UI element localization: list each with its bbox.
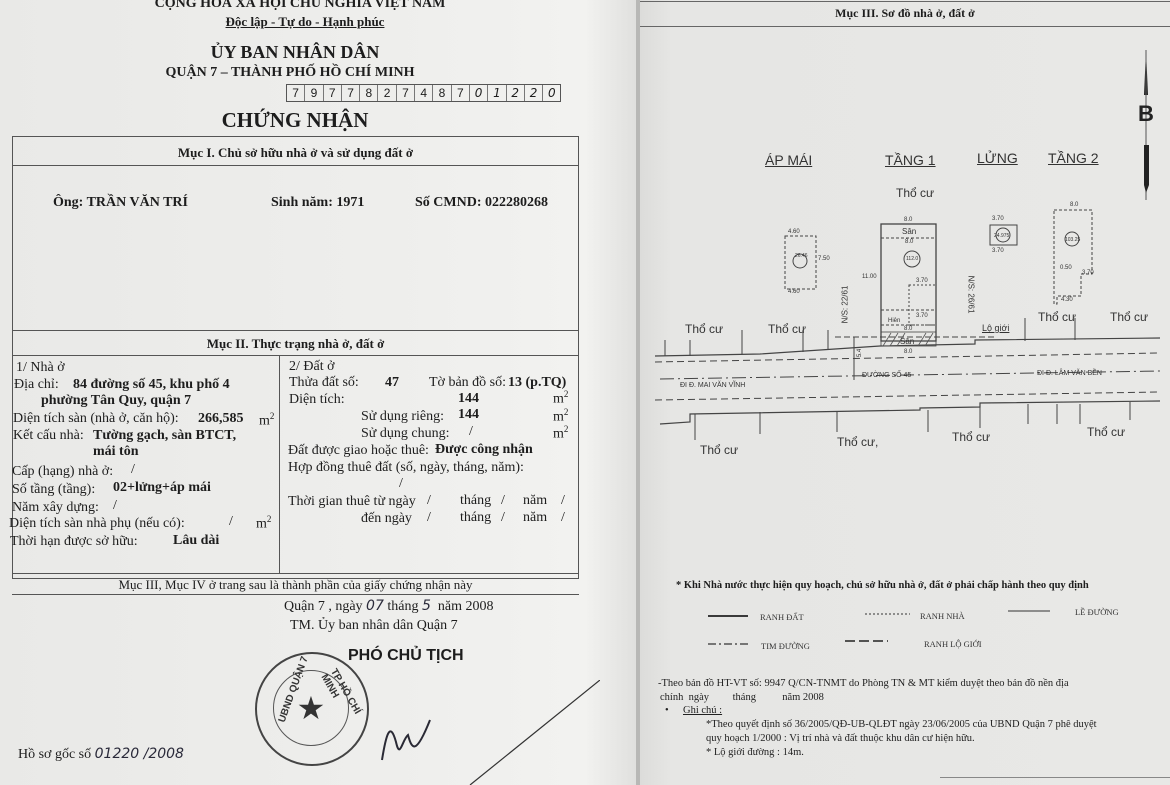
- divider: [13, 355, 578, 356]
- serial-digit: 7: [342, 85, 360, 101]
- tang1-wc-dim: 3.70: [916, 313, 928, 319]
- lease-to-year-label: năm: [523, 510, 547, 526]
- tang1-front-dim: 8.0: [904, 326, 912, 332]
- floor-area-unit: m2: [259, 411, 274, 430]
- serial-digit: 2: [378, 85, 396, 101]
- lease-to-label: đến ngày: [361, 511, 412, 527]
- signatory-position: PHÓ CHỦ TỊCH: [348, 647, 464, 665]
- lung-area: 24.975: [994, 233, 1009, 239]
- shared-use-unit: m2: [553, 424, 568, 443]
- map-reference-line-1: -Theo bản đồ HT-VT số: 9947 Q/CN-TNMT do…: [658, 678, 1069, 689]
- tang2-gap-dim: 0.50: [1060, 265, 1072, 271]
- floors-label: Số tầng (tầng):: [12, 482, 95, 498]
- legend-tim-duong: TIM ĐƯỜNG: [761, 641, 810, 651]
- remark-1-line-2: quy hoạch 1/2000 : Vị trí nhà và đất thu…: [706, 733, 975, 744]
- signing-place-date: Quận 7 , ngày 07 tháng 5 năm 2008: [284, 598, 494, 615]
- tang1-road-width-dim: 8.0: [904, 349, 912, 355]
- signing-day: 07: [366, 598, 384, 614]
- lung-top-dim: 3.70: [992, 216, 1004, 222]
- aux-area-value: /: [229, 514, 233, 530]
- map-reference-line-2: chính ngày tháng năm 2008: [660, 692, 824, 703]
- serial-digit-handwritten: 0: [470, 85, 488, 101]
- legend-ranh-nha: RANH NHÀ: [920, 611, 965, 621]
- lease-from-month: /: [501, 493, 505, 509]
- serial-digit-handwritten: 2: [507, 85, 525, 101]
- road-name: ĐƯỜNG SỐ 45: [862, 372, 911, 379]
- lease-from-month-label: tháng: [460, 493, 491, 509]
- legend-ranh-dat: RANH ĐẤT: [760, 612, 804, 622]
- certificate-back-page: Mục III. Sơ đồ nhà ở, đất ở B ÁP MÁI TẦN…: [640, 0, 1170, 785]
- serial-digit-handwritten: 0: [543, 85, 560, 101]
- authority-heading: ỦY BAN NHÂN DÂN: [170, 42, 420, 63]
- floor-area-value: 266,585: [198, 411, 244, 427]
- tang1-area: 112.0: [906, 256, 918, 262]
- neighbor-label: Thổ cư,: [837, 435, 878, 449]
- serial-digit: 8: [433, 85, 451, 101]
- divider: [940, 777, 1170, 778]
- serial-digit: 8: [360, 85, 378, 101]
- house-heading: 1/ Nhà ở: [16, 360, 65, 376]
- ap-mai-top-dim: 4.60: [788, 229, 800, 235]
- shared-use-value: /: [469, 424, 473, 440]
- owner-name: Ông: TRẦN VĂN TRÍ: [53, 195, 188, 211]
- serial-digit: 7: [452, 85, 470, 101]
- lease-to-year: /: [561, 510, 565, 526]
- lot-id-right: N/S: 26/61: [966, 276, 975, 314]
- tang1-depth-dim: 11.00: [862, 274, 877, 280]
- lease-from-day: /: [427, 493, 431, 509]
- legend-ranh-lo-gioi: RANH LỘ GIỚI: [924, 639, 982, 649]
- aux-area-unit: m2: [256, 514, 271, 533]
- legend-le-duong: LỀ ĐƯỜNG: [1075, 607, 1119, 617]
- neighbor-label: Thổ cư: [1038, 310, 1076, 324]
- allocation-label: Đất được giao hoặc thuê:: [288, 443, 429, 459]
- lease-from-label: Thời gian thuê từ ngày: [288, 494, 416, 510]
- divider: [13, 330, 578, 331]
- ownership-term-value: Lâu dài: [173, 533, 219, 549]
- land-area-value: 144: [458, 391, 479, 407]
- tang1-stair-dim: 3.70: [916, 278, 928, 284]
- tang2-top-dim: 8.0: [1070, 202, 1078, 208]
- grade-label: Cấp (hạng) nhà ở:: [12, 464, 113, 480]
- divider: [13, 165, 578, 166]
- tang1-san-bottom: Sân: [900, 337, 914, 346]
- republic-heading: CỘNG HOÀ XÃ HỘI CHỦ NGHĨA VIỆT NAM: [150, 0, 450, 12]
- owner-id-number: Số CMND: 022280268: [415, 195, 548, 211]
- lease-to-month-label: tháng: [460, 510, 491, 526]
- lease-from-year: /: [561, 493, 565, 509]
- plot-label: Thửa đất số:: [289, 375, 359, 391]
- serial-digit-handwritten: 2: [525, 85, 543, 101]
- floors-value: 02+lửng+áp mái: [113, 480, 211, 496]
- lease-to-day: /: [427, 510, 431, 526]
- bullet-icon: •: [665, 705, 669, 716]
- certificate-serial-number: 7 9 7 7 8 2 7 4 8 7 0 1 2 2 0: [286, 84, 561, 102]
- shared-use-label: Sử dụng chung:: [361, 426, 449, 442]
- district-heading: QUẬN 7 – THÀNH PHỐ HỒ CHÍ MINH: [140, 65, 440, 81]
- private-use-value: 144: [458, 407, 479, 423]
- address-line-2: phường Tân Quy, quận 7: [41, 393, 191, 409]
- section-1-title: Mục I. Chủ sở hữu nhà ở và sử dụng đất ở: [13, 145, 578, 161]
- lease-to-month: /: [501, 510, 505, 526]
- owner-birth-year: Sinh năm: 1971: [271, 195, 364, 211]
- site-plan-drawing: [640, 0, 1170, 560]
- tang1-top-dim: 8.0: [904, 217, 912, 223]
- aux-area-label: Diện tích sàn nhà phụ (nếu có):: [9, 516, 185, 532]
- serial-digit: 7: [287, 85, 305, 101]
- file-number-value: 01220 /2008: [95, 746, 184, 762]
- lease-contract-value: /: [399, 476, 403, 492]
- tang1-inner-dim: 8.0: [905, 239, 913, 245]
- tang2-area: 103.25: [1065, 237, 1080, 243]
- serial-digit-handwritten: 1: [488, 85, 506, 101]
- neighbor-label: Thổ cư: [700, 443, 738, 457]
- divider: [13, 573, 578, 574]
- road-direction-right: ĐI Đ. LÂM VĂN BỀN: [1037, 370, 1102, 377]
- neighbor-label: Thổ cư: [768, 322, 806, 336]
- certificate-form-frame: Mục I. Chủ sở hữu nhà ở và sử dụng đất ở…: [12, 136, 579, 579]
- setback-dim: 5.4: [857, 349, 863, 357]
- signature: [360, 680, 600, 785]
- lung-bottom-dim: 3.70: [992, 248, 1004, 254]
- ap-mai-area: 26.46: [795, 253, 808, 259]
- signing-month: 5: [422, 598, 431, 614]
- serial-digit: 7: [324, 85, 342, 101]
- allocation-value: Được công nhận: [435, 442, 533, 458]
- official-seal: ★ UBND QUẬN 7 TP HỒ CHÍ MINH: [255, 652, 369, 766]
- file-number: Hồ sơ gốc số 01220 /2008: [18, 746, 184, 763]
- tang2-bottom-dim: 4.30: [1061, 297, 1073, 303]
- road-direction-left: ĐI Đ. MAI VĂN VĨNH: [680, 382, 745, 389]
- on-behalf-of: TM. Ủy ban nhân dân Quận 7: [290, 618, 458, 634]
- neighbor-label: Thổ cư: [685, 322, 723, 336]
- section-2-title: Mục II. Thực trạng nhà ở, đất ở: [13, 336, 578, 352]
- address-label: Địa chỉ:: [14, 377, 59, 393]
- remark-1-line-1: *Theo quyết định số 36/2005/QĐ-UB-QLĐT n…: [706, 719, 1097, 730]
- remarks-heading: Ghi chú :: [683, 705, 722, 716]
- structure-line-2: mái tôn: [93, 444, 139, 460]
- year-built-value: /: [113, 498, 117, 514]
- land-area-label: Diện tích:: [289, 392, 345, 408]
- structure-line-1: Tường gạch, sàn BTCT,: [93, 428, 236, 444]
- land-heading: 2/ Đất ở: [289, 359, 335, 375]
- lease-from-year-label: năm: [523, 493, 547, 509]
- neighbor-label: Thổ cư: [1110, 310, 1148, 324]
- land-area-unit: m2: [553, 389, 568, 408]
- serial-digit: 4: [415, 85, 433, 101]
- national-motto: Độc lập - Tự do - Hạnh phúc: [190, 14, 420, 30]
- lot-id-left: N/S: 22/61: [840, 286, 849, 324]
- address-line-1: 84 đường số 45, khu phố 4: [73, 377, 230, 393]
- structure-label: Kết cấu nhà:: [13, 428, 84, 444]
- ownership-term-label: Thời hạn được sở hữu:: [10, 534, 138, 550]
- tang1-hien: Hiên: [888, 318, 900, 324]
- serial-digit: 7: [397, 85, 415, 101]
- ap-mai-right-dim: 7.50: [818, 256, 830, 262]
- remark-2: * Lộ giới đường : 14m.: [706, 747, 804, 758]
- map-sheet-label: Tờ bản đồ số:: [429, 375, 506, 391]
- tang1-san-top: Sân: [902, 227, 916, 236]
- grade-value: /: [131, 462, 135, 478]
- ap-mai-bottom-dim: 4.60: [788, 289, 800, 295]
- neighbor-label: Thổ cư: [1087, 425, 1125, 439]
- divider: [12, 594, 579, 595]
- certificate-title: CHỨNG NHẬN: [180, 108, 410, 133]
- plot-value: 47: [385, 375, 399, 391]
- neighbor-label: Thổ cư: [952, 430, 990, 444]
- floor-area-label: Diện tích sàn (nhà ở, căn hộ):: [13, 411, 179, 427]
- lo-gioi-label: Lộ giới: [982, 323, 1009, 333]
- certificate-front-page: CỘNG HOÀ XÃ HỘI CHỦ NGHĨA VIỆT NAM Độc l…: [0, 0, 636, 785]
- column-divider: [279, 355, 280, 573]
- year-built-label: Năm xây dựng:: [12, 500, 99, 516]
- lease-contract-label: Hợp đồng thuê đất (số, ngày, tháng, năm)…: [288, 460, 524, 476]
- tang2-step-dim: 3.70: [1082, 270, 1094, 276]
- private-use-label: Sử dụng riêng:: [361, 409, 444, 425]
- footer-note: Mục III, Mục IV ở trang sau là thành phầ…: [12, 577, 579, 593]
- serial-digit: 9: [305, 85, 323, 101]
- planning-note: * Khi Nhà nước thực hiện quy hoạch, chủ …: [676, 580, 1089, 591]
- private-use-unit: m2: [553, 407, 568, 426]
